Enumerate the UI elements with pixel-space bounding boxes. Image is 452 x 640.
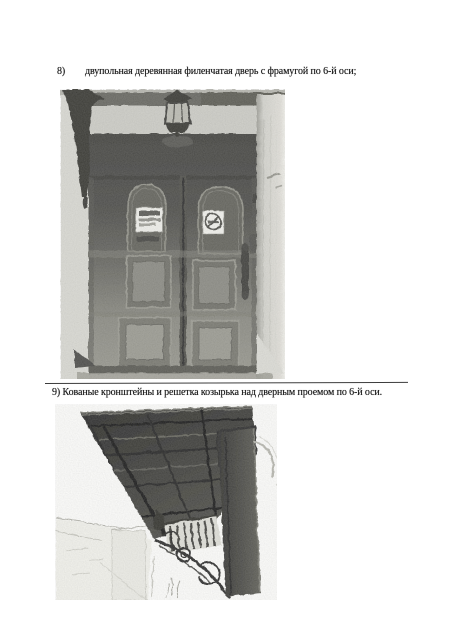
caption-item-9: 9) Кованые кронштейны и решетка козырька… bbox=[52, 387, 382, 399]
horizontal-rule bbox=[45, 382, 408, 384]
canopy-photo-svg bbox=[55, 404, 277, 600]
photo-grain-light bbox=[60, 89, 285, 379]
door-photograph bbox=[60, 89, 285, 379]
photo-grain-light bbox=[55, 404, 277, 600]
scanned-document-page: 8)двупольная деревянная филенчатая дверь… bbox=[0, 0, 452, 640]
item-8-text: двупольная деревянная филенчатая дверь с… bbox=[85, 66, 356, 77]
canopy-photograph bbox=[55, 404, 277, 600]
item-9-text: 9) Кованые кронштейны и решетка козырька… bbox=[52, 387, 382, 398]
item-8-marker: 8) bbox=[57, 66, 85, 78]
caption-item-8: 8)двупольная деревянная филенчатая дверь… bbox=[57, 66, 356, 78]
door-photo-svg bbox=[60, 89, 285, 379]
